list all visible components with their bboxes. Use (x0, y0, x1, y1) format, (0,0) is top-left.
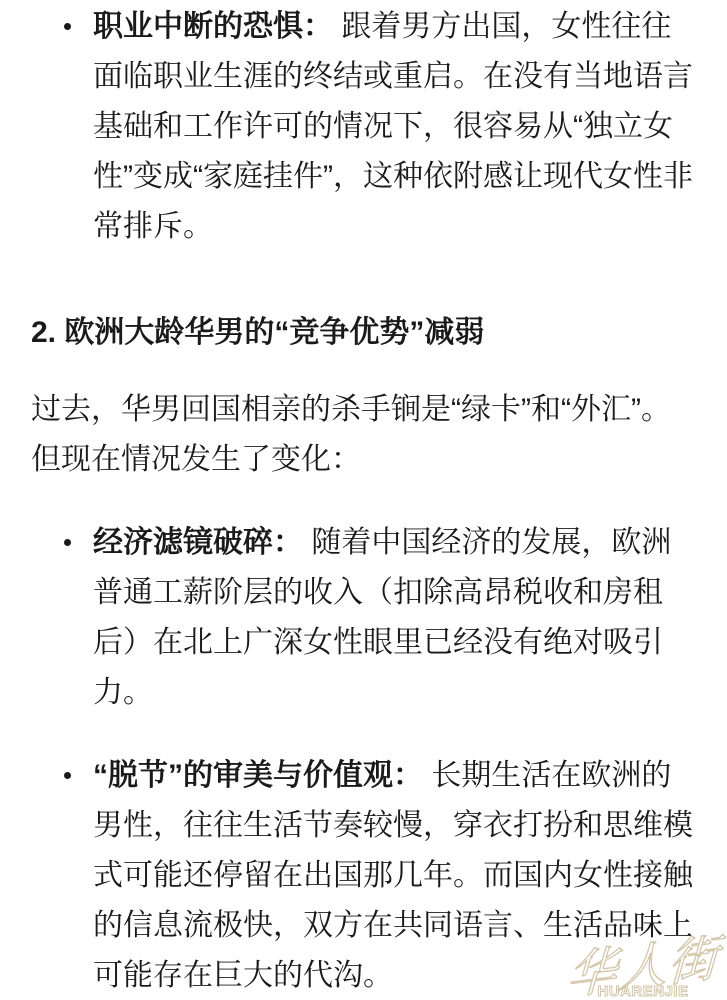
list-item: “脱节”的审美与价值观： 长期生活在欧洲的男性，往往生活节奏较慢，穿衣打扮和思维… (93, 751, 699, 1000)
section-heading: 2. 欧洲大龄华男的“竞争优势”减弱 (31, 308, 699, 358)
article-content: 职业中断的恐惧： 跟着男方出国，女性往往面临职业生涯的终结或重启。在没有当地语言… (0, 0, 727, 1000)
bullet-list-bottom: 经济滤镜破碎： 随着中国经济的发展，欧洲普通工薪阶层的收入（扣除高昂税收和房租后… (31, 518, 699, 1000)
term-description: 长期生活在欧洲的男性，往往生活节奏较慢，穿衣打扮和思维模式可能还停留在出国那几年… (93, 759, 693, 992)
intro-paragraph: 过去，华男回国相亲的杀手锏是“绿卡”和“外汇”。但现在情况发生了变化： (31, 385, 699, 485)
bullet-list-top: 职业中断的恐惧： 跟着男方出国，女性往往面临职业生涯的终结或重启。在没有当地语言… (31, 2, 699, 252)
term-label: “脱节”的审美与价值观： (93, 759, 423, 792)
term-label: 职业中断的恐惧： (93, 10, 333, 43)
list-item: 经济滤镜破碎： 随着中国经济的发展，欧洲普通工薪阶层的收入（扣除高昂税收和房租后… (93, 518, 699, 718)
term-description: 跟着男方出国，女性往往面临职业生涯的终结或重启。在没有当地语言基础和工作许可的情… (93, 10, 693, 243)
list-item: 职业中断的恐惧： 跟着男方出国，女性往往面临职业生涯的终结或重启。在没有当地语言… (93, 2, 699, 252)
term-label: 经济滤镜破碎： (93, 526, 303, 559)
